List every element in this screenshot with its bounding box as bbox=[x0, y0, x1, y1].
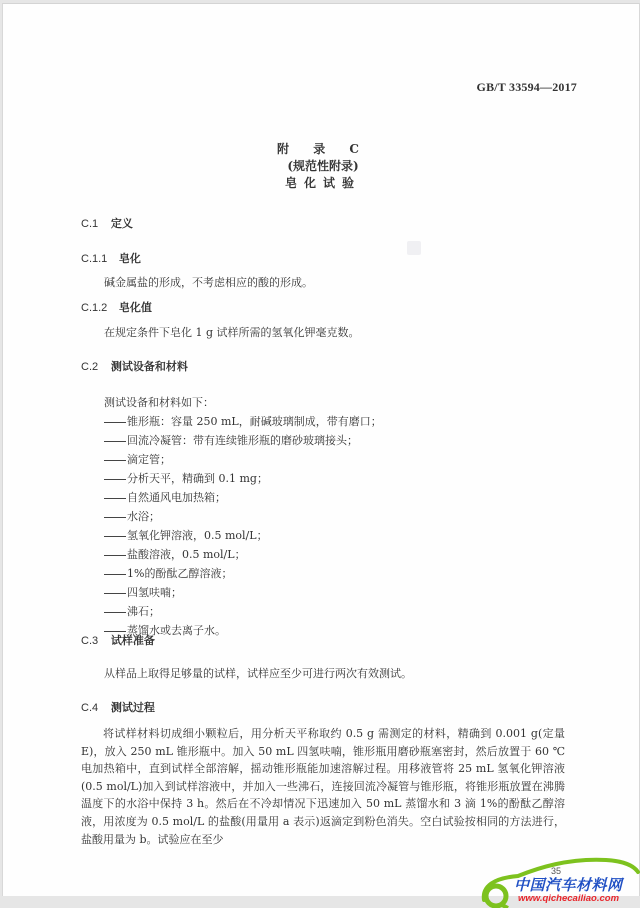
list-item: 四氢呋喃； bbox=[104, 583, 382, 602]
dash-bullet bbox=[104, 441, 126, 442]
dash-bullet bbox=[104, 555, 126, 556]
dash-bullet bbox=[104, 517, 126, 518]
annex-name: 皂化试验 bbox=[3, 174, 640, 191]
list-item: 1%的酚酞乙醇溶液； bbox=[104, 564, 382, 583]
watermark-url: www.qichecailiao.com bbox=[518, 893, 619, 904]
section-body-c1-2: 在规定条件下皂化 1 g 试样所需的氢氧化钾毫克数。 bbox=[104, 324, 360, 340]
list-item: 锥形瓶：容量 250 mL，耐碱玻璃制成，带有磨口； bbox=[104, 412, 382, 431]
watermark-name: 中国汽车材料网 bbox=[514, 874, 623, 895]
dash-bullet bbox=[104, 536, 126, 537]
list-item: 滴定管； bbox=[104, 450, 382, 469]
document-page: GB/T 33594—2017 附 录 C (规范性附录) 皂化试验 C.1 定… bbox=[2, 3, 640, 896]
list-item: 氢氧化钾溶液，0.5 mol/L； bbox=[104, 526, 382, 545]
annex-title: 附 录 C bbox=[3, 140, 640, 157]
section-body-c1-1: 碱金属盐的形成，不考虑相应的酸的形成。 bbox=[104, 274, 313, 290]
scan-artifact bbox=[407, 241, 421, 255]
dash-bullet bbox=[104, 593, 126, 594]
section-heading-c1: C.1 定义 bbox=[81, 215, 133, 231]
section-body-c4: 将试样材料切成细小颗粒后，用分析天平称取约 0.5 g 需测定的材料，精确到 0… bbox=[81, 725, 565, 848]
list-item: 盐酸溶液，0.5 mol/L； bbox=[104, 545, 382, 564]
watermark-logo: 中国汽车材料网 www.qichecailiao.com bbox=[478, 856, 640, 908]
standard-number: GB/T 33594—2017 bbox=[477, 80, 577, 95]
equipment-list: 测试设备和材料如下： 锥形瓶：容量 250 mL，耐碱玻璃制成，带有磨口； 回流… bbox=[104, 393, 382, 640]
annex-type: (规范性附录) bbox=[3, 157, 640, 174]
list-item: 回流冷凝管：带有连续锥形瓶的磨砂玻璃接头； bbox=[104, 431, 382, 450]
dash-bullet bbox=[104, 612, 126, 613]
list-item: 自然通风电加热箱； bbox=[104, 488, 382, 507]
dash-bullet bbox=[104, 574, 126, 575]
equipment-list-intro: 测试设备和材料如下： bbox=[104, 393, 382, 412]
section-heading-c1-1: C.1.1 皂化 bbox=[81, 250, 141, 266]
dash-bullet bbox=[104, 422, 126, 423]
list-item: 沸石； bbox=[104, 602, 382, 621]
section-body-c3: 从样品上取得足够量的试样，试样应至少可进行两次有效测试。 bbox=[104, 665, 412, 681]
section-heading-c1-2: C.1.2 皂化值 bbox=[81, 299, 152, 315]
section-heading-c3: C.3 试样准备 bbox=[81, 632, 155, 648]
dash-bullet bbox=[104, 498, 126, 499]
section-heading-c2: C.2 测试设备和材料 bbox=[81, 358, 188, 374]
dash-bullet bbox=[104, 479, 126, 480]
section-heading-c4: C.4 测试过程 bbox=[81, 699, 155, 715]
list-item: 水浴； bbox=[104, 507, 382, 526]
dash-bullet bbox=[104, 460, 126, 461]
list-item: 分析天平，精确到 0.1 mg； bbox=[104, 469, 382, 488]
